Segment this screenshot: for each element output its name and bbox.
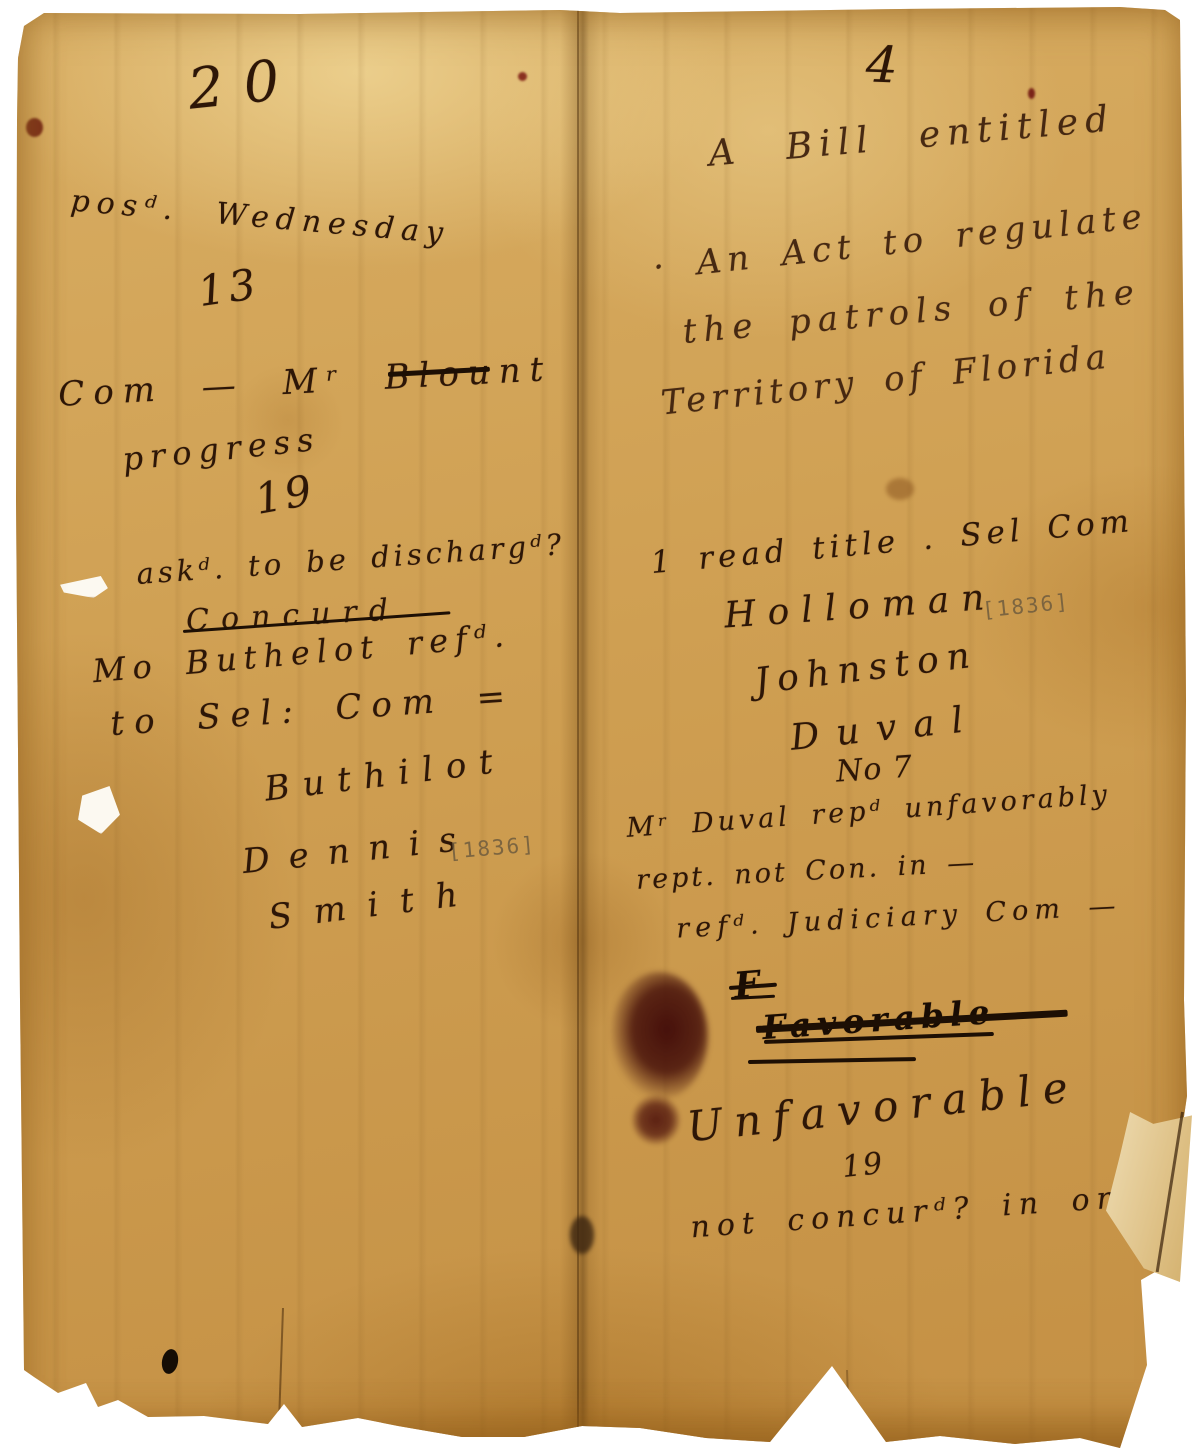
line-an-act-to-regulate: · An Act to regulate — [651, 196, 1149, 288]
line-holloman: Holloman — [723, 577, 998, 637]
line-read-title-sel-com: 1 read title . Sel Com — [649, 503, 1135, 581]
line-19-right: 19 — [840, 1146, 886, 1185]
right-page-number: 4 — [865, 35, 899, 94]
line-johnston: Johnston — [752, 634, 980, 702]
line-a-bill-entitled: A Bill entitled — [707, 98, 1117, 174]
right-page: 4 A Bill entitled · An Act to regulate t… — [0, 0, 1200, 1448]
line-no-7: No 7 — [835, 749, 914, 789]
line-duval: Duval — [788, 698, 982, 759]
line-rept-not-con-in: rept. not Con. in — — [635, 847, 977, 896]
line-territory-of-florida: Territory of Florida — [659, 336, 1113, 423]
manuscript-scan: 20 posᵈ. Wednesday 13 Com — Mʳ Blount pr… — [0, 0, 1200, 1448]
favorable-strike-mark-3 — [748, 1057, 916, 1064]
paper-sheet: 20 posᵈ. Wednesday 13 Com — Mʳ Blount pr… — [0, 0, 1200, 1448]
line-duval-repd-unfavorably: Mʳ Duval repᵈ unfavorably — [626, 779, 1112, 844]
line-unfavorable: Unfavorable — [685, 1062, 1082, 1152]
line-refd-judiciary-com: refᵈ. Judiciary Com — — [675, 890, 1122, 944]
